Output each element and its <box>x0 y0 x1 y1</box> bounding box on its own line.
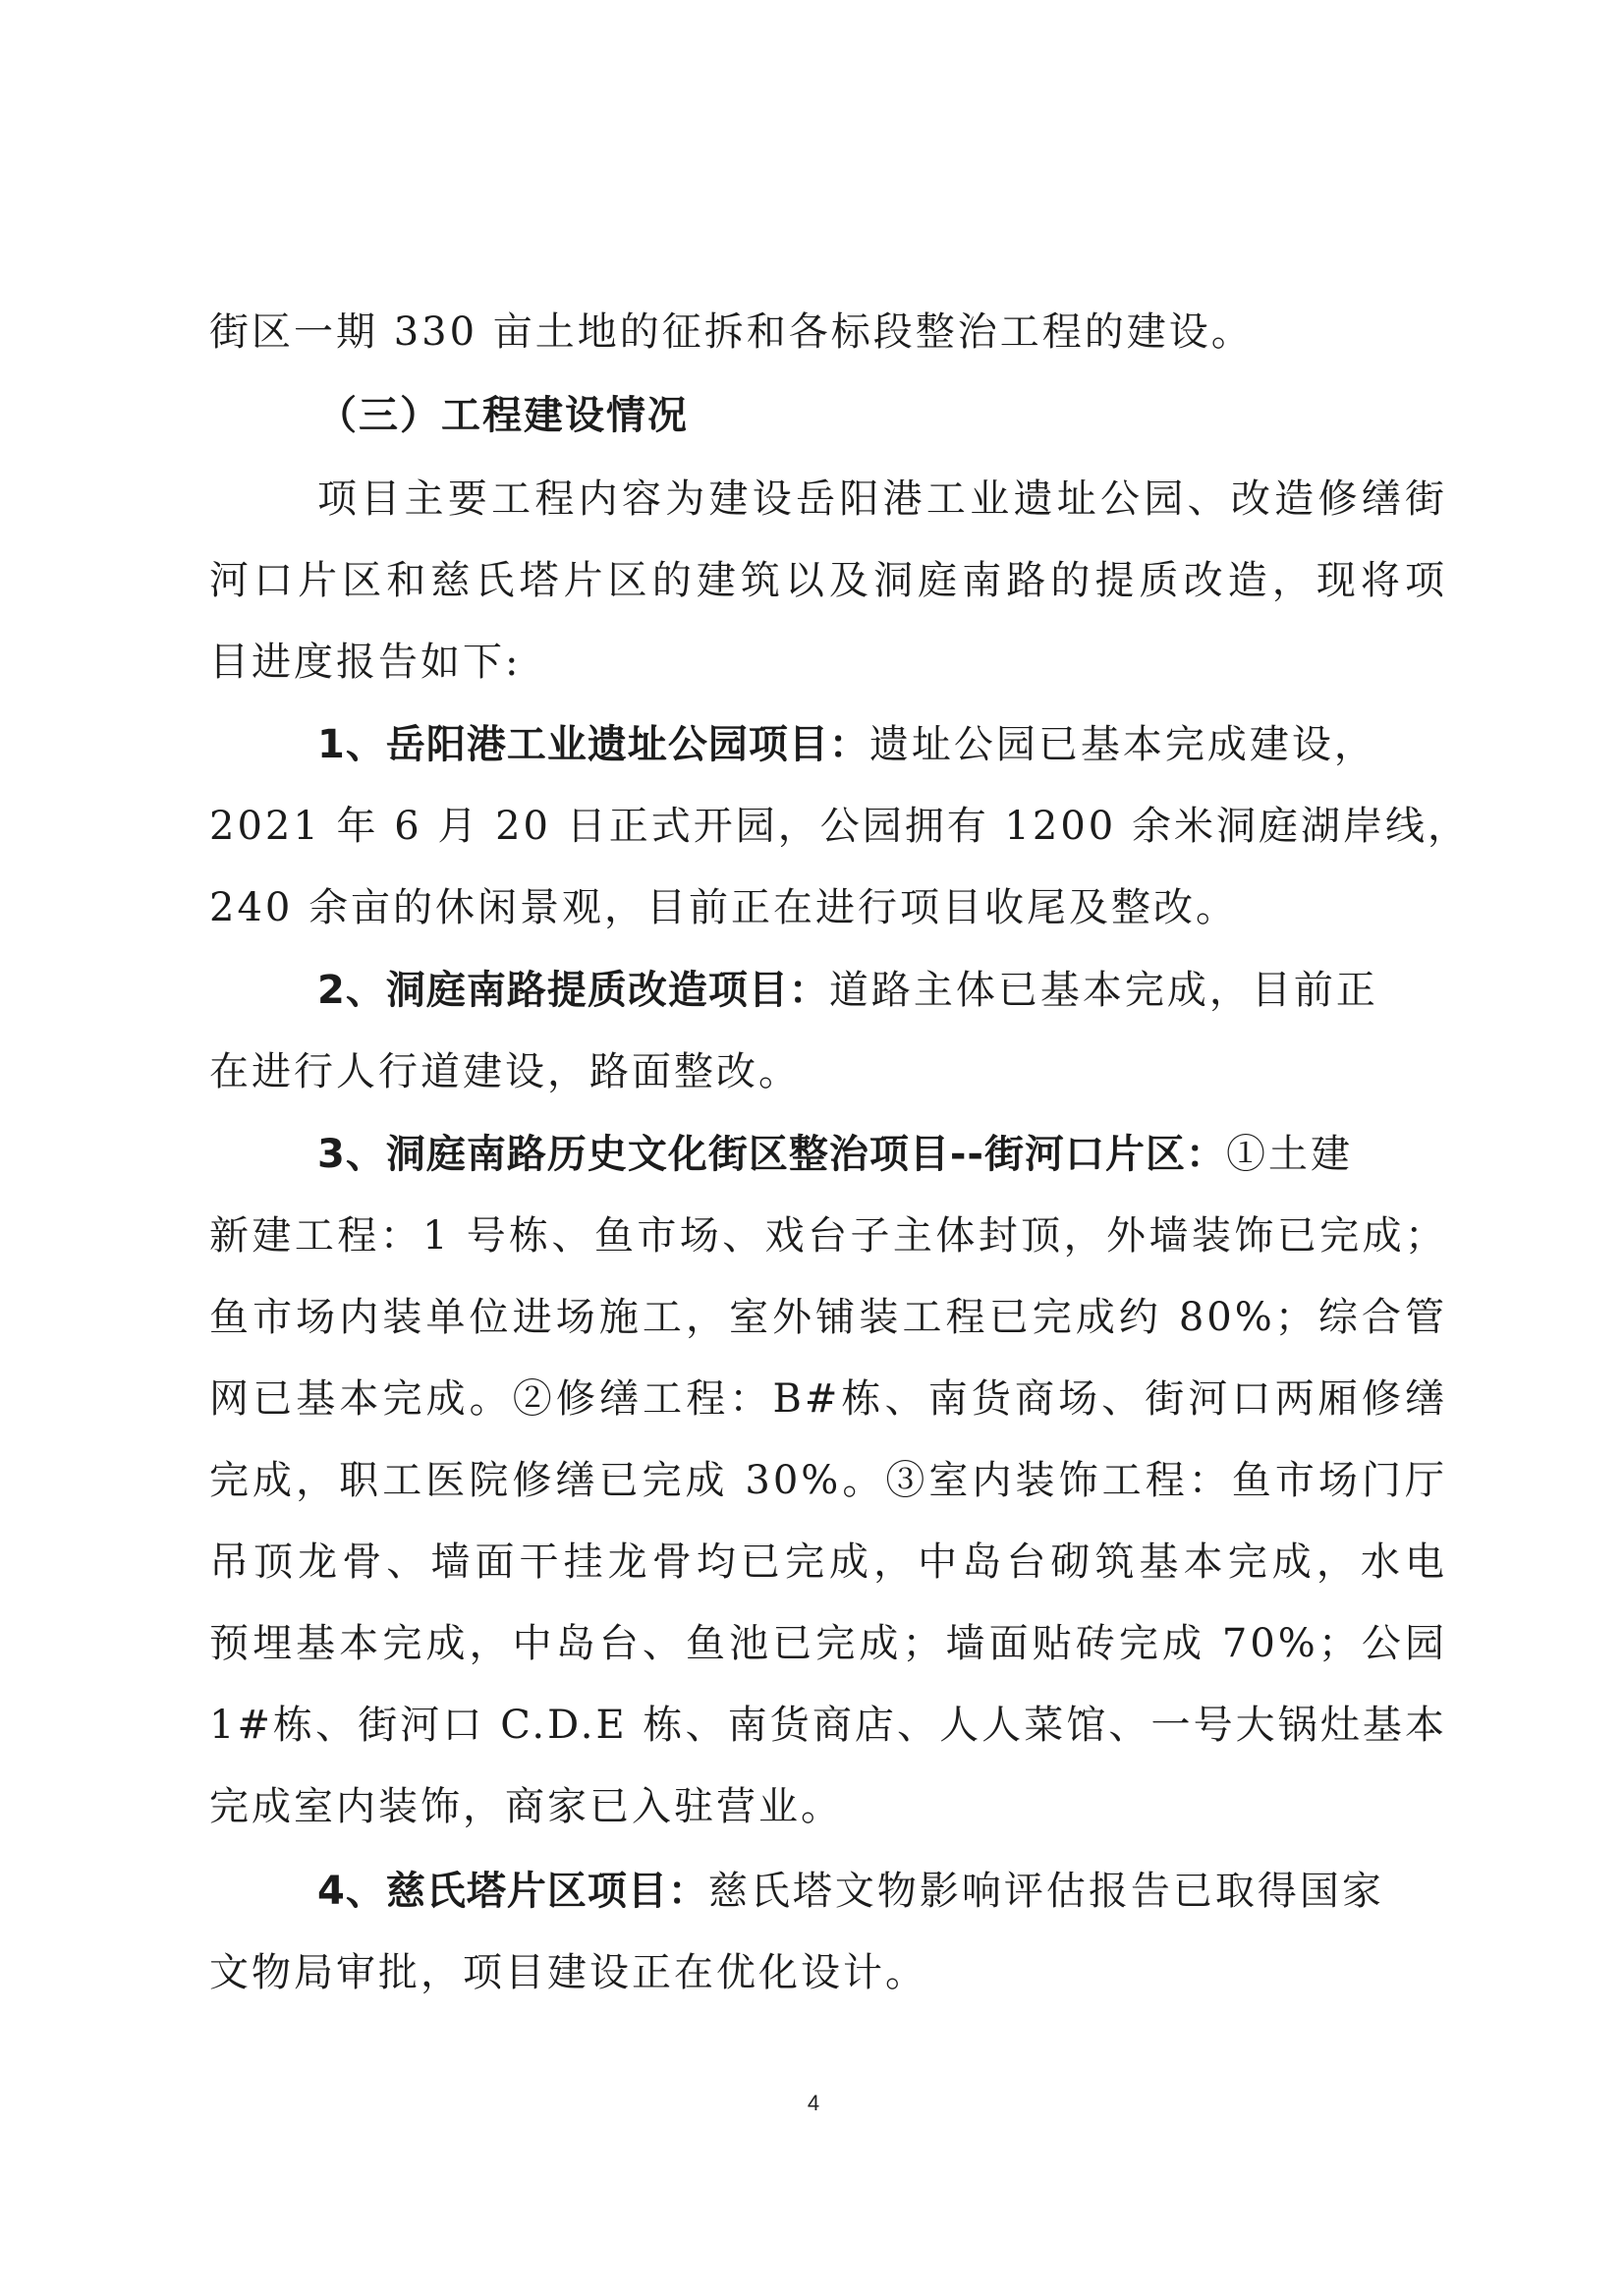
paragraph-line: 吊顶龙骨、墙面干挂龙骨均已完成，中岛台砌筑基本完成，水电 <box>209 1535 1447 1590</box>
paragraph-line: 项目主要工程内容为建设岳阳港工业遗址公园、改造修缮街 <box>317 472 1447 527</box>
item-4-title: 4、慈氏塔片区项目： <box>317 1869 708 1914</box>
item-2-line: 2、洞庭南路提质改造项目：道路主体已基本完成，目前正 <box>317 963 1447 1018</box>
paragraph-line: 完成室内装饰，商家已入驻营业。 <box>209 1779 1447 1834</box>
paragraph-line: 网已基本完成。②修缮工程：B#栋、南货商场、街河口两厢修缮 <box>209 1371 1447 1427</box>
paragraph-line: 文物局审批，项目建设正在优化设计。 <box>209 1945 1447 2000</box>
item-4-line: 4、慈氏塔片区项目：慈氏塔文物影响评估报告已取得国家 <box>317 1864 1447 1919</box>
paragraph-line: 完成，职工医院修缮已完成 30%。③室内装饰工程：鱼市场门厅 <box>209 1453 1447 1508</box>
paragraph-line: 240 余亩的休闲景观，目前正在进行项目收尾及整改。 <box>209 880 1447 935</box>
item-3-line: 3、洞庭南路历史文化街区整治项目--街河口片区：①土建 <box>317 1127 1447 1182</box>
item-1-text: 遗址公园已基本完成建设， <box>869 722 1376 767</box>
item-1-line: 1、岳阳港工业遗址公园项目：遗址公园已基本完成建设， <box>317 717 1447 772</box>
paragraph-line: 鱼市场内装单位进场施工，室外铺装工程已完成约 80%；综合管 <box>209 1290 1447 1345</box>
section-heading: （三）工程建设情况 <box>317 388 1447 443</box>
paragraph-line: 预埋基本完成，中岛台、鱼池已完成；墙面贴砖完成 70%；公园 <box>209 1616 1447 1671</box>
paragraph-line: 河口片区和慈氏塔片区的建筑以及洞庭南路的提质改造，现将项 <box>209 553 1447 608</box>
item-4-text: 慈氏塔文物影响评估报告已取得国家 <box>708 1869 1384 1914</box>
paragraph-line: 1#栋、街河口 C.D.E 栋、南货商店、人人菜馆、一号大锅灶基本 <box>209 1698 1447 1753</box>
item-2-title: 2、洞庭南路提质改造项目： <box>317 968 829 1013</box>
paragraph-line: 新建工程：1 号栋、鱼市场、戏台子主体封顶，外墙装饰已完成； <box>209 1208 1447 1263</box>
item-2-text: 道路主体已基本完成，目前正 <box>829 968 1378 1013</box>
paragraph-line: 2021 年 6 月 20 日正式开园，公园拥有 1200 余米洞庭湖岸线， <box>209 799 1447 854</box>
item-1-title: 1、岳阳港工业遗址公园项目： <box>317 722 869 767</box>
paragraph-line: 在进行人行道建设，路面整改。 <box>209 1044 1447 1099</box>
item-3-title: 3、洞庭南路历史文化街区整治项目--街河口片区： <box>317 1132 1226 1177</box>
document-page: 街区一期 330 亩土地的征拆和各标段整治工程的建设。 （三）工程建设情况 项目… <box>0 0 1624 2295</box>
paragraph-line: 街区一期 330 亩土地的征拆和各标段整治工程的建设。 <box>209 305 1447 360</box>
page-number: 4 <box>802 2091 825 2116</box>
paragraph-line: 目进度报告如下: <box>209 635 1447 690</box>
item-3-text: ①土建 <box>1226 1132 1353 1177</box>
